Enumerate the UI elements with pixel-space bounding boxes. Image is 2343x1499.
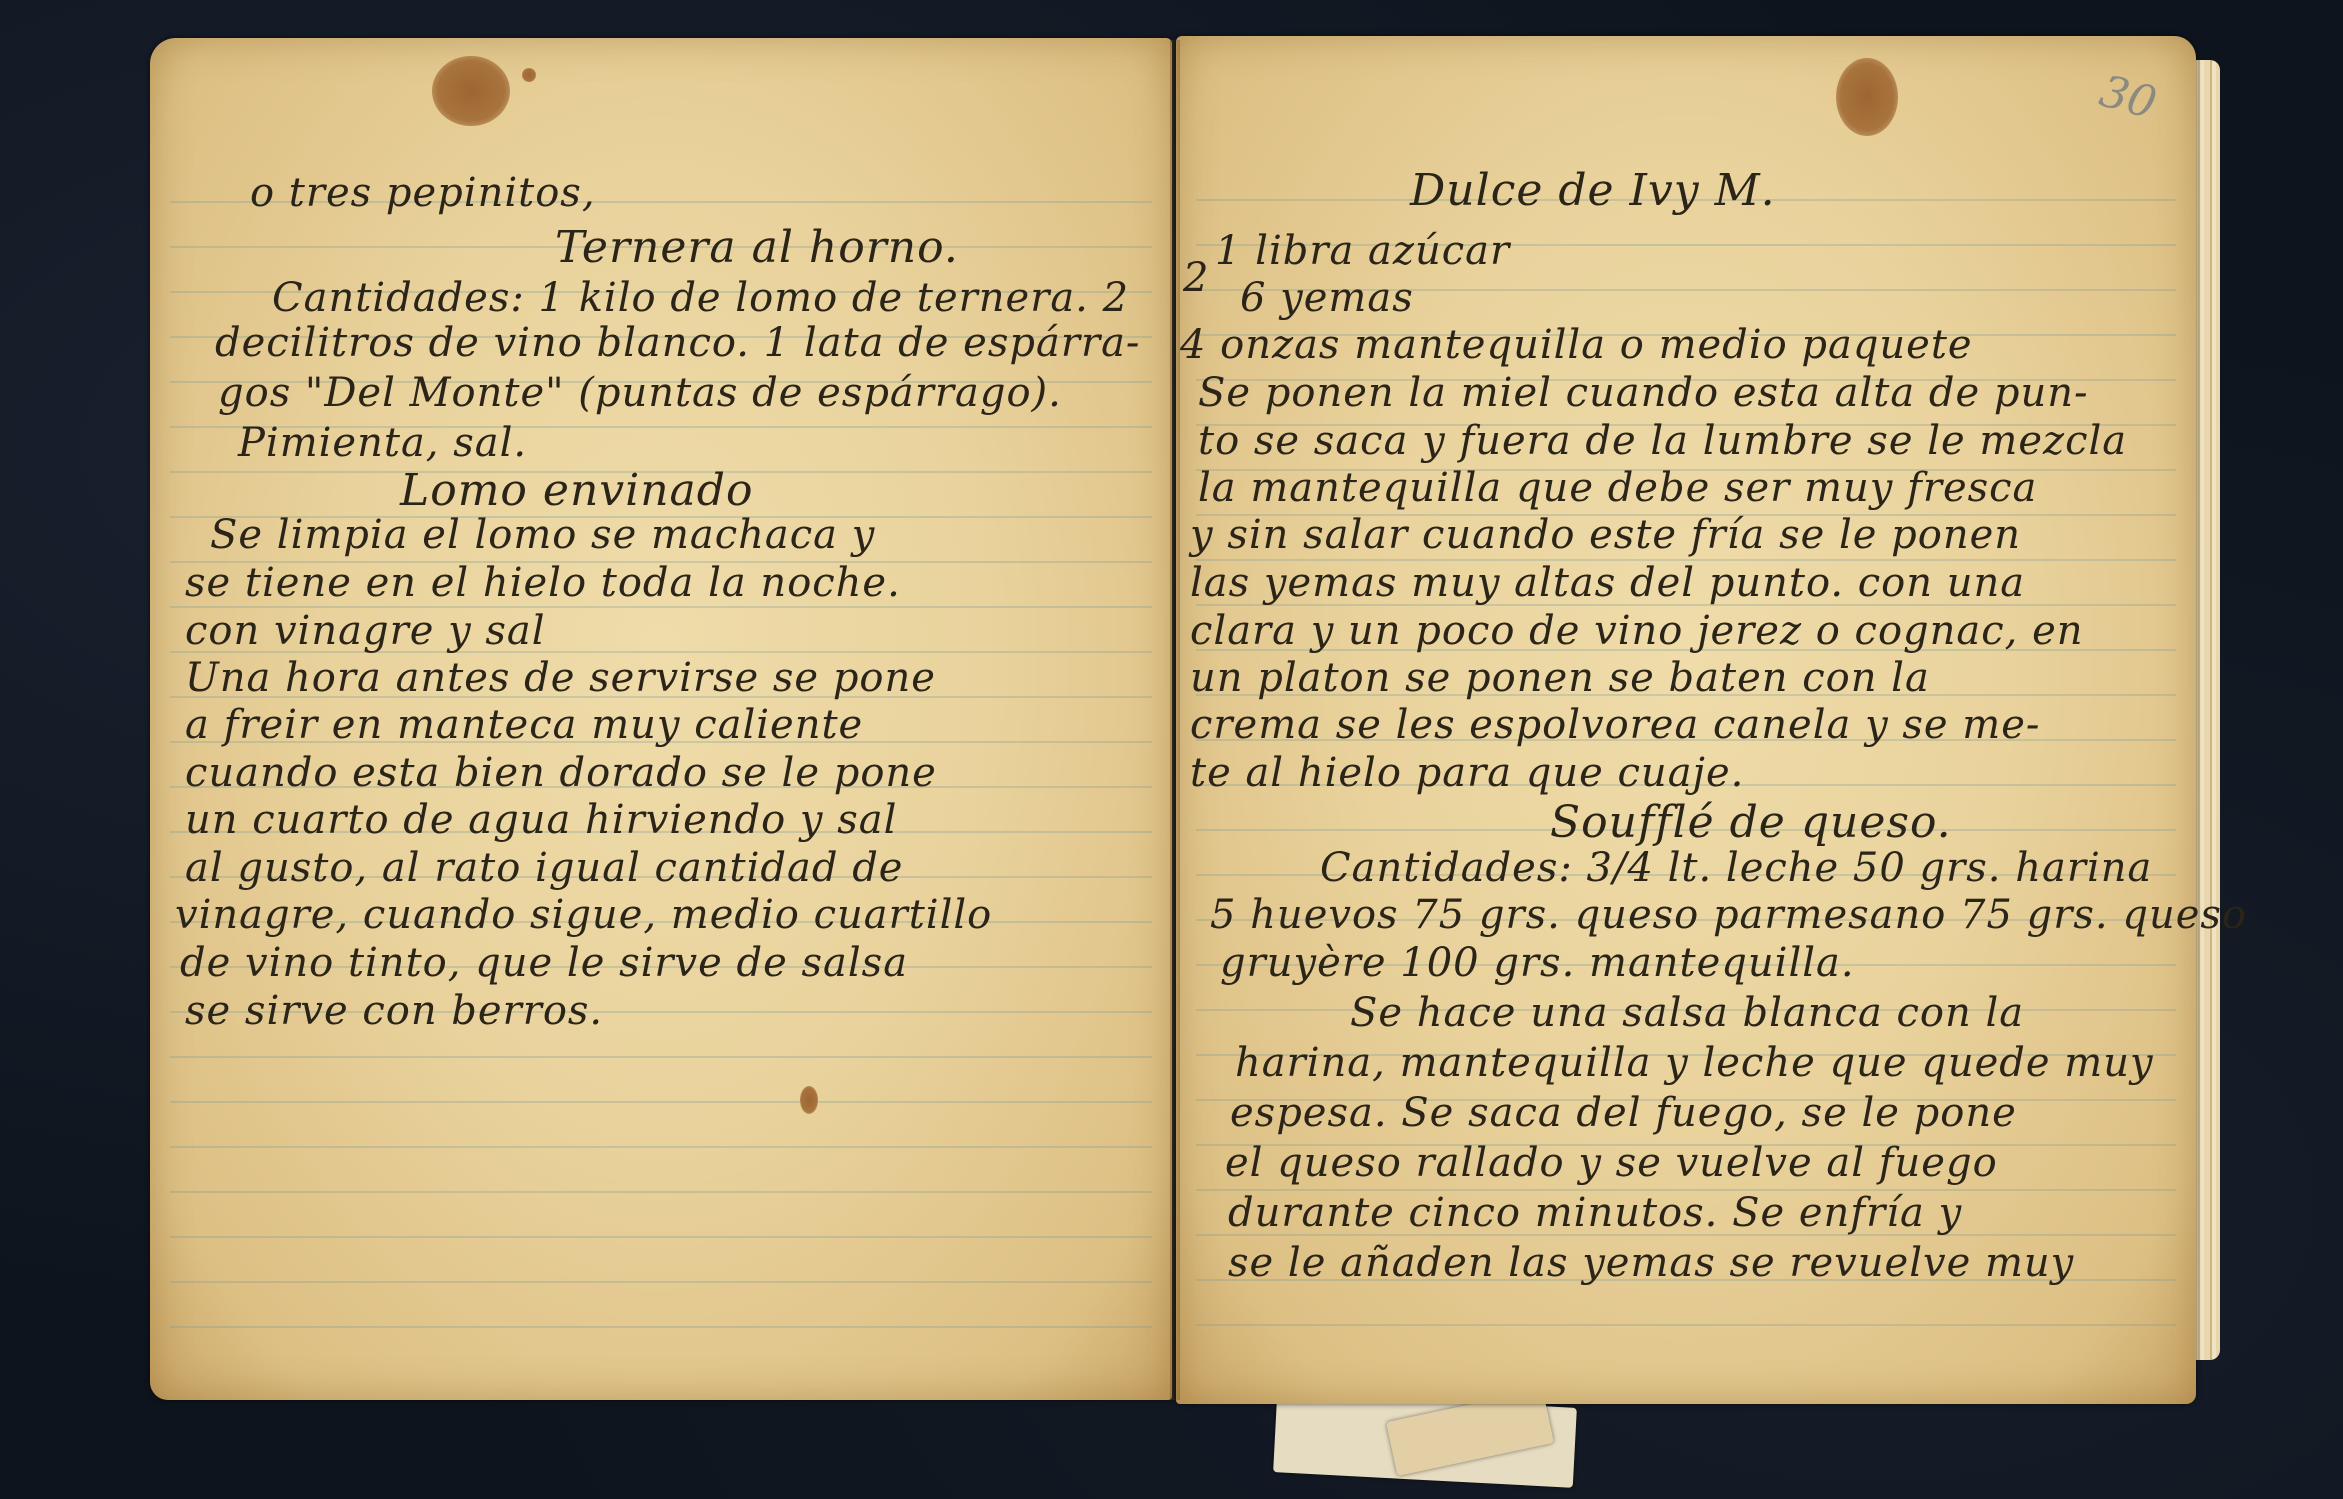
recipe-title: Soufflé de queso. (1550, 797, 1952, 848)
handwritten-line: Se hace una salsa blanca con la (1350, 990, 2024, 1036)
recipe-title: Dulce de Ivy M. (1410, 165, 1776, 216)
handwritten-line: con vinagre y sal (185, 608, 546, 654)
stain (800, 1086, 818, 1114)
handwritten-line: 1 libra azúcar (1215, 228, 1510, 274)
stain (1836, 58, 1898, 136)
open-notebook: 30 o tres pepinitos, Ternera al horno. C… (0, 0, 2343, 1499)
handwritten-line: gos "Del Monte" (puntas de espárrago). (218, 370, 1062, 416)
handwritten-line: 5 huevos 75 grs. queso parmesano 75 grs.… (1210, 892, 2247, 938)
recipe-title: Ternera al horno. (555, 222, 959, 273)
handwritten-line: se tiene en el hielo toda la noche. (185, 560, 901, 606)
handwritten-line: decilitros de vino blanco. 1 lata de esp… (215, 320, 1140, 366)
handwritten-line: Pimienta, sal. (238, 420, 527, 466)
handwritten-line: el queso rallado y se vuelve al fuego (1225, 1140, 1998, 1186)
handwritten-line: to se saca y fuera de la lumbre se le me… (1198, 418, 2127, 464)
handwritten-line: un platon se ponen se baten con la (1190, 655, 1930, 701)
handwritten-line: Cantidades: 1 kilo de lomo de ternera. 2 (272, 275, 1129, 321)
handwritten-line: se sirve con berros. (185, 988, 603, 1034)
book-gutter (1170, 40, 1180, 1400)
handwritten-line: de vino tinto, que le sirve de salsa (180, 940, 908, 986)
handwritten-line: al gusto, al rato igual cantidad de (185, 845, 903, 891)
handwritten-line: clara y un poco de vino jerez o cognac, … (1190, 608, 2084, 654)
handwritten-line: Cantidades: 3/4 lt. leche 50 grs. harina (1320, 845, 2152, 891)
handwritten-line: gruyère 100 grs. mantequilla. (1220, 940, 1855, 986)
stain (522, 68, 536, 82)
handwritten-line: se le añaden las yemas se revuelve muy (1228, 1240, 2074, 1286)
handwritten-line: la mantequilla que debe ser muy fresca (1198, 465, 2037, 511)
handwritten-line: durante cinco minutos. Se enfría y (1228, 1190, 1962, 1236)
handwritten-line: harina, mantequilla y leche que quede mu… (1235, 1040, 2154, 1086)
handwritten-line: crema se les espolvorea canela y se me- (1190, 702, 2040, 748)
handwritten-line: Una hora antes de servirse se pone (185, 655, 936, 701)
handwritten-line: vinagre, cuando sigue, medio cuartillo (175, 892, 992, 938)
handwritten-line: 6 yemas (1240, 275, 1414, 321)
margin-note: 2 (1183, 255, 1209, 301)
handwritten-line: cuando esta bien dorado se le pone (185, 750, 937, 796)
handwritten-line: o tres pepinitos, (250, 170, 596, 216)
handwritten-line: un cuarto de agua hirviendo y sal (185, 797, 897, 843)
handwritten-line: te al hielo para que cuaje. (1190, 750, 1744, 796)
handwritten-line: y sin salar cuando este fría se le ponen (1190, 512, 2021, 558)
handwritten-line: a freir en manteca muy caliente (185, 702, 863, 748)
recipe-title: Lomo envinado (400, 465, 753, 516)
stain (432, 56, 510, 126)
handwritten-line: 4 onzas mantequilla o medio paquete (1180, 322, 1973, 368)
handwritten-line: espesa. Se saca del fuego, se le pone (1230, 1090, 2017, 1136)
handwritten-line: Se limpia el lomo se machaca y (210, 512, 875, 558)
handwritten-line: las yemas muy altas del punto. con una (1190, 560, 2025, 606)
handwritten-line: Se ponen la miel cuando esta alta de pun… (1198, 370, 2089, 416)
